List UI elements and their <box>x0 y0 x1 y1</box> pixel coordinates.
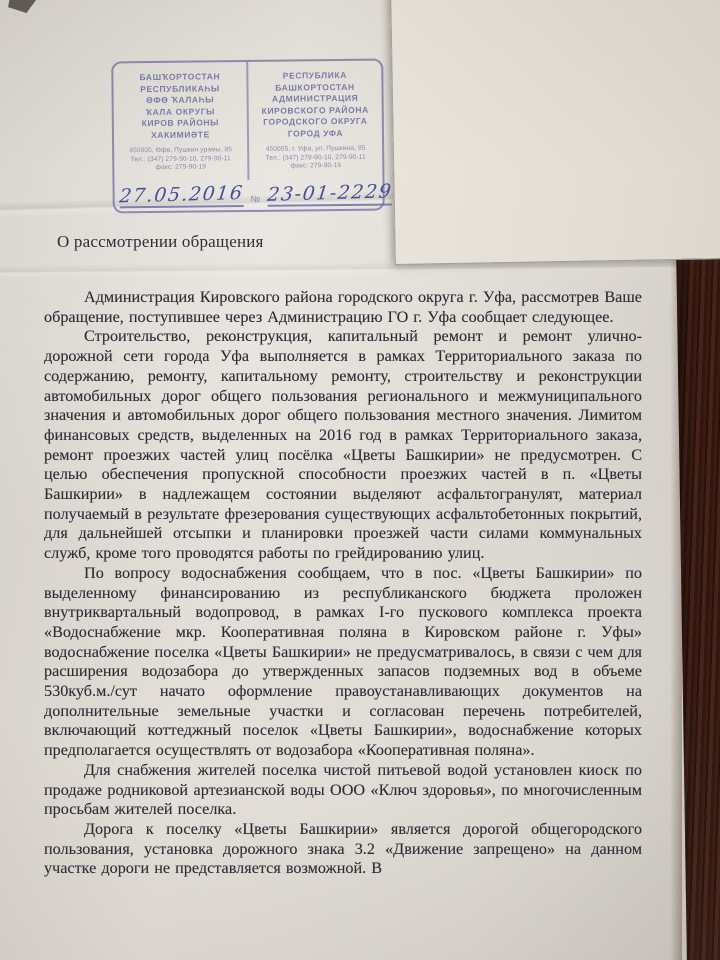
handwritten-number-text: 23-01-2229 <box>266 180 393 206</box>
stamp-right-column: РЕСПУБЛИКА БАШКОРТОСТАН АДМИНИСТРАЦИЯ КИ… <box>248 61 382 174</box>
stamp-address-block: 450005, Өфө, Пушкин урамы, 85 Тел.: (347… <box>114 146 247 173</box>
official-stamp: БАШҠОРТОСТАН РЕСПУБЛИКАҺЫ ӨФӨ ҠАЛАҺЫ ҠАЛ… <box>111 59 385 214</box>
paragraph: Строительство, реконструкция, капитальны… <box>44 327 642 563</box>
stamp-left-column: БАШҠОРТОСТАН РЕСПУБЛИКАҺЫ ӨФӨ ҠАЛАҺЫ ҠАЛ… <box>113 62 247 175</box>
handwritten-date-text: 27.05.2016 <box>118 182 245 207</box>
stamp-org-line: ГОРОДСКОГО ОКРУГА <box>249 116 382 129</box>
paragraph: Для снабжения жителей поселка чистой пит… <box>44 761 642 820</box>
stamp-columns: БАШҠОРТОСТАН РЕСПУБЛИКАҺЫ ӨФӨ ҠАЛАҺЫ ҠАЛ… <box>113 61 382 176</box>
number-sign: № <box>243 194 267 207</box>
stamp-org-line: ГОРОД УФА <box>249 127 382 140</box>
letter-subject: О рассмотрении обращения <box>57 232 264 252</box>
stamp-org-line: ХАКИМИӘТЕ <box>114 129 247 142</box>
stamp-date-number-row: 27.05.2016 № 23-01-2229 <box>119 174 377 209</box>
handwritten-number: 23-01-2229 <box>267 181 392 206</box>
handwritten-date: 27.05.2016 <box>119 183 243 208</box>
paragraph: Администрация Кировского района городско… <box>44 288 642 327</box>
paragraph: По вопросу водоснабжения сообщаем, что в… <box>44 564 642 761</box>
paragraph: Дорога к поселку «Цветы Башкирии» являет… <box>44 820 642 879</box>
letter-body: Администрация Кировского района городско… <box>44 288 642 879</box>
stamp-address-block: 450005, г. Уфа, ул. Пушкина, 85 Тел.: (3… <box>249 145 382 172</box>
underlying-sheet <box>390 0 720 265</box>
document-photo: БАШҠОРТОСТАН РЕСПУБЛИКАҺЫ ӨФӨ ҠАЛАҺЫ ҠАЛ… <box>0 0 720 960</box>
stamp-address-line: факс: 279-90-19 <box>114 163 247 173</box>
paper-crease <box>0 259 720 279</box>
stamp-address-line: факс: 279-90-19 <box>249 162 382 172</box>
